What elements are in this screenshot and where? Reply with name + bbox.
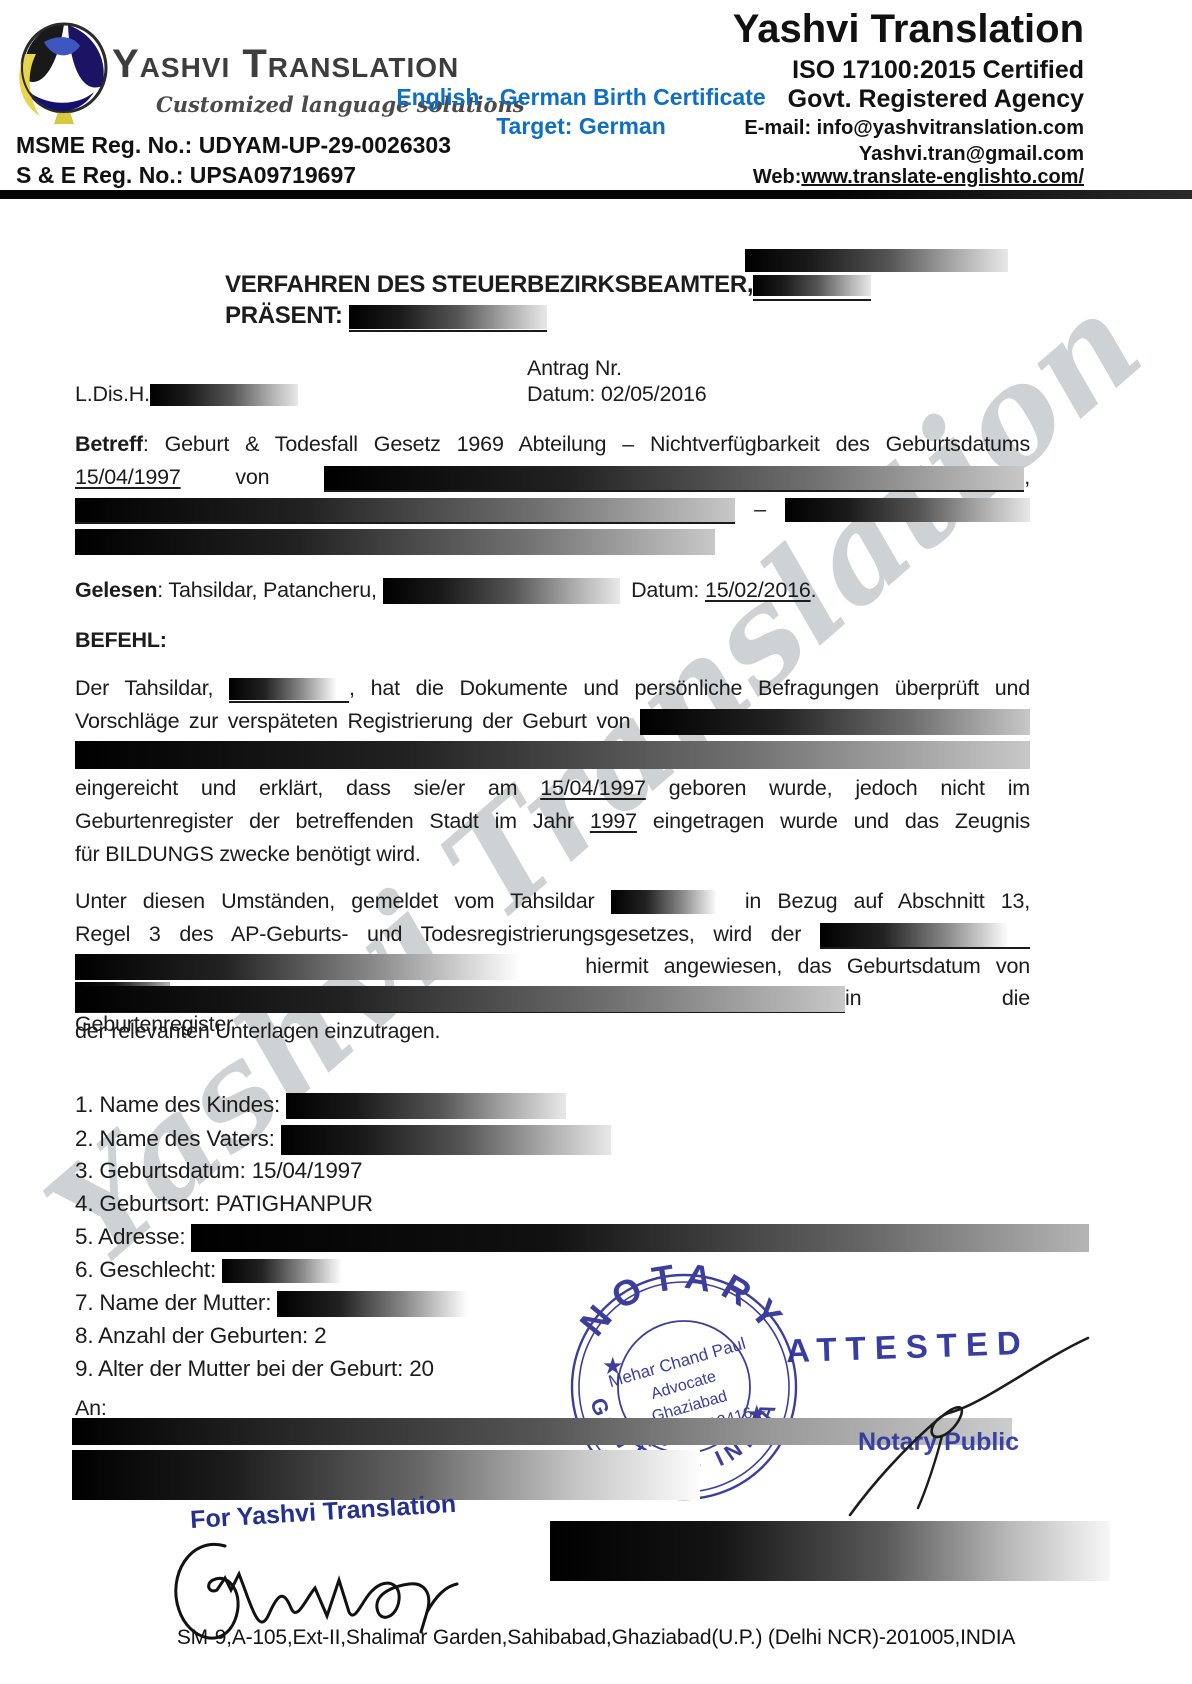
- para1-line3: [75, 741, 1030, 769]
- order-heading-line2: PRÄSENT:: [225, 302, 547, 330]
- redaction-bar: [349, 305, 547, 329]
- redaction-underlined: [324, 465, 1024, 492]
- para1-line2: Vorschläge zur verspäteten Registrierung…: [75, 709, 1030, 735]
- para1-line6: für BILDUNGS zwecke benötigt wird.: [75, 842, 421, 867]
- order-date: Datum: 02/05/2016: [527, 382, 706, 407]
- translator-signature: [165, 1528, 475, 1658]
- website-url: www.translate-englishto.com/: [801, 166, 1084, 188]
- birth-year: 1997: [590, 809, 637, 833]
- redaction-bar: [611, 890, 729, 914]
- redaction-underlined: [349, 302, 547, 332]
- read-line: Gelesen: Tahsildar, Patancheru, Datum: 1…: [75, 578, 816, 604]
- list-item: 8. Anzahl der Geburten: 2: [75, 1323, 326, 1349]
- para1-line1: Der Tahsildar, , hat die Dokumente und p…: [75, 676, 1030, 701]
- redaction-bar: [785, 498, 1030, 522]
- list-item: 2. Name des Vaters:: [75, 1125, 611, 1155]
- redaction-bar: [753, 275, 871, 296]
- redaction-underlined: [75, 986, 845, 1013]
- birth-date: 15/04/1997: [75, 465, 181, 489]
- redaction-bar: [72, 1450, 700, 1500]
- iso-certification: ISO 17100:2015 Certified: [700, 56, 1084, 85]
- redaction-bar: [75, 529, 715, 555]
- header-divider: [0, 190, 1192, 199]
- redaction-bar: [75, 741, 1030, 769]
- list-item: 5. Adresse:: [75, 1224, 1089, 1252]
- order-keyword: BEFEHL:: [75, 628, 167, 653]
- scanned-document-page: Yashvi Translation Yashvi Translation Cu…: [0, 0, 1192, 1684]
- redaction-underlined: [753, 271, 871, 301]
- email-primary: E-mail: info@yashvitranslation.com: [700, 117, 1084, 140]
- notary-signature: [690, 1290, 1110, 1520]
- brand-right: Yashvi Translation: [700, 6, 1084, 52]
- redaction-bar: [550, 1521, 1110, 1581]
- redaction-bar: [281, 1125, 611, 1155]
- subject-line1: Betreff: Geburt & Todesfall Gesetz 1969 …: [75, 432, 1030, 457]
- para1-line5: Geburtenregister der betreffenden Stadt …: [75, 809, 1030, 834]
- se-reg-no: S & E Reg. No.: UPSA09719697: [16, 162, 356, 189]
- redaction-bar: [222, 1259, 355, 1283]
- brand-left: Yashvi Translation: [112, 42, 459, 87]
- redaction-underlined: [820, 922, 1030, 949]
- subject-line4: [75, 529, 715, 555]
- redaction-bar: [286, 1093, 566, 1119]
- redaction-bar: [820, 923, 1030, 947]
- redaction-bar: [745, 249, 1008, 272]
- redaction-bar: [229, 678, 349, 700]
- redaction-bar: [75, 954, 570, 980]
- redaction-underlined: [75, 497, 735, 524]
- para2-line2: Regel 3 des AP-Geburts- und Todesregistr…: [75, 922, 1030, 947]
- redaction-bar: [324, 466, 1024, 490]
- para1-line4: eingereicht und erklärt, dass sie/er am …: [75, 776, 1030, 801]
- agency-status: Govt. Registered Agency: [700, 85, 1084, 114]
- list-item: 3. Geburtsdatum: 15/04/1997: [75, 1158, 362, 1184]
- list-item: 9. Alter der Mutter bei der Geburt: 20: [75, 1356, 434, 1382]
- agency-header-block: Yashvi Translation ISO 17100:2015 Certif…: [700, 6, 1084, 189]
- redaction-bar: [383, 578, 620, 604]
- redaction-bar: [150, 384, 298, 406]
- birth-date-2: 15/04/1997: [540, 776, 646, 800]
- redaction-underlined: [229, 676, 349, 703]
- redaction-bar: [277, 1291, 489, 1317]
- list-item: 1. Name des Kindes:: [75, 1092, 566, 1119]
- list-item: 7. Name der Mutter:: [75, 1290, 489, 1317]
- subject-line2: 15/04/1997 von ,: [75, 465, 1030, 490]
- globe-icon: [14, 20, 112, 128]
- read-date: 15/02/2016: [705, 578, 811, 602]
- application-no-label: Antrag Nr.: [527, 356, 622, 381]
- redaction-bar: [191, 1224, 1089, 1252]
- list-item: 6. Geschlecht:: [75, 1257, 355, 1283]
- redaction-bar: [75, 498, 735, 522]
- email-secondary: Yashvi.tran@gmail.com: [700, 143, 1084, 166]
- redaction-bar: [75, 986, 845, 1012]
- order-heading-line1: VERFAHREN DES STEUERBEZIRKSBEAMTER,: [225, 271, 871, 299]
- redaction-bar: [640, 709, 1030, 735]
- para2-line5: der relevanten Unterlagen einzutragen.: [75, 1019, 440, 1044]
- website-line: Web:www.translate-englishto.com/: [700, 166, 1084, 189]
- para2-line1: Unter diesen Umständen, gemeldet vom Tah…: [75, 889, 1030, 914]
- subject-line3: –: [75, 497, 1030, 522]
- list-item: 4. Geburtsort: PATIGHANPUR: [75, 1191, 373, 1217]
- file-ref-line: L.Dis.H.: [75, 382, 298, 407]
- web-label: Web:: [753, 166, 802, 188]
